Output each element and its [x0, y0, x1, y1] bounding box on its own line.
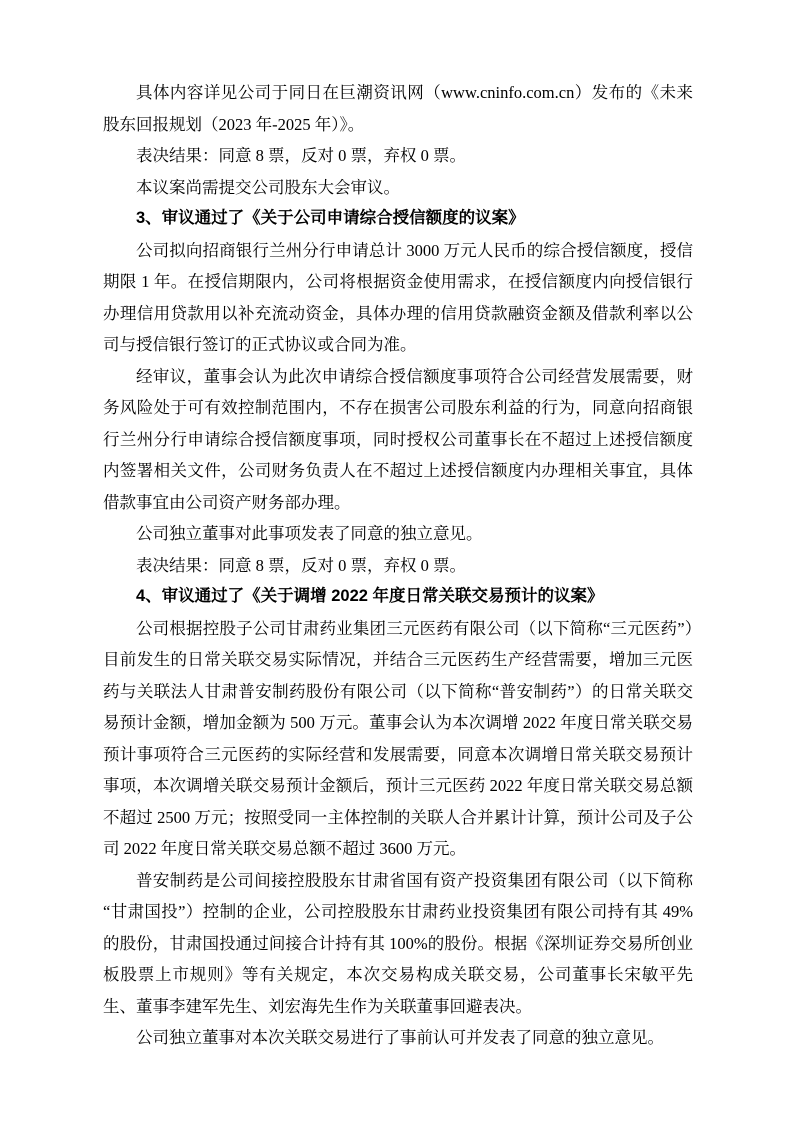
document-page: 具体内容详见公司于同日在巨潮资讯网（www.cninfo.com.cn）发布的《… — [0, 0, 793, 1122]
para-item4-adjustment-details: 公司根据控股子公司甘肃药业集团三元医药有限公司（以下简称“三元医药”）目前发生的… — [103, 613, 693, 865]
para-item3-board-review-opinion: 经审议，董事会认为此次申请综合授信额度事项符合公司经营发展需要，财务风险处于可有… — [103, 361, 693, 519]
para-item4-related-party-background: 普安制药是公司间接控股股东甘肃省国有资产投资集团有限公司（以下简称“甘肃国投”）… — [103, 865, 693, 1023]
para-item3-credit-application-details: 公司拟向招商银行兰州分行申请总计 3000 万元人民币的综合授信额度，授信期限 … — [103, 235, 693, 361]
heading-item4-related-party-transaction-proposal: 4、审议通过了《关于调增 2022 年度日常关联交易预计的议案》 — [103, 581, 693, 613]
para-item2-vote-result: 表决结果：同意 8 票，反对 0 票，弃权 0 票。 — [103, 140, 693, 172]
para-item3-independent-directors-opinion: 公司独立董事对此事项发表了同意的独立意见。 — [103, 518, 693, 550]
para-item2-submit-to-shareholders-meeting: 本议案尚需提交公司股东大会审议。 — [103, 172, 693, 204]
para-item4-independent-directors-opinion: 公司独立董事对本次关联交易进行了事前认可并发表了同意的独立意见。 — [103, 1022, 693, 1054]
para-item3-vote-result: 表决结果：同意 8 票，反对 0 票，弃权 0 票。 — [103, 550, 693, 582]
heading-item3-credit-line-proposal: 3、审议通过了《关于公司申请综合授信额度的议案》 — [103, 203, 693, 235]
para-disclosure-reference: 具体内容详见公司于同日在巨潮资讯网（www.cninfo.com.cn）发布的《… — [103, 77, 693, 140]
